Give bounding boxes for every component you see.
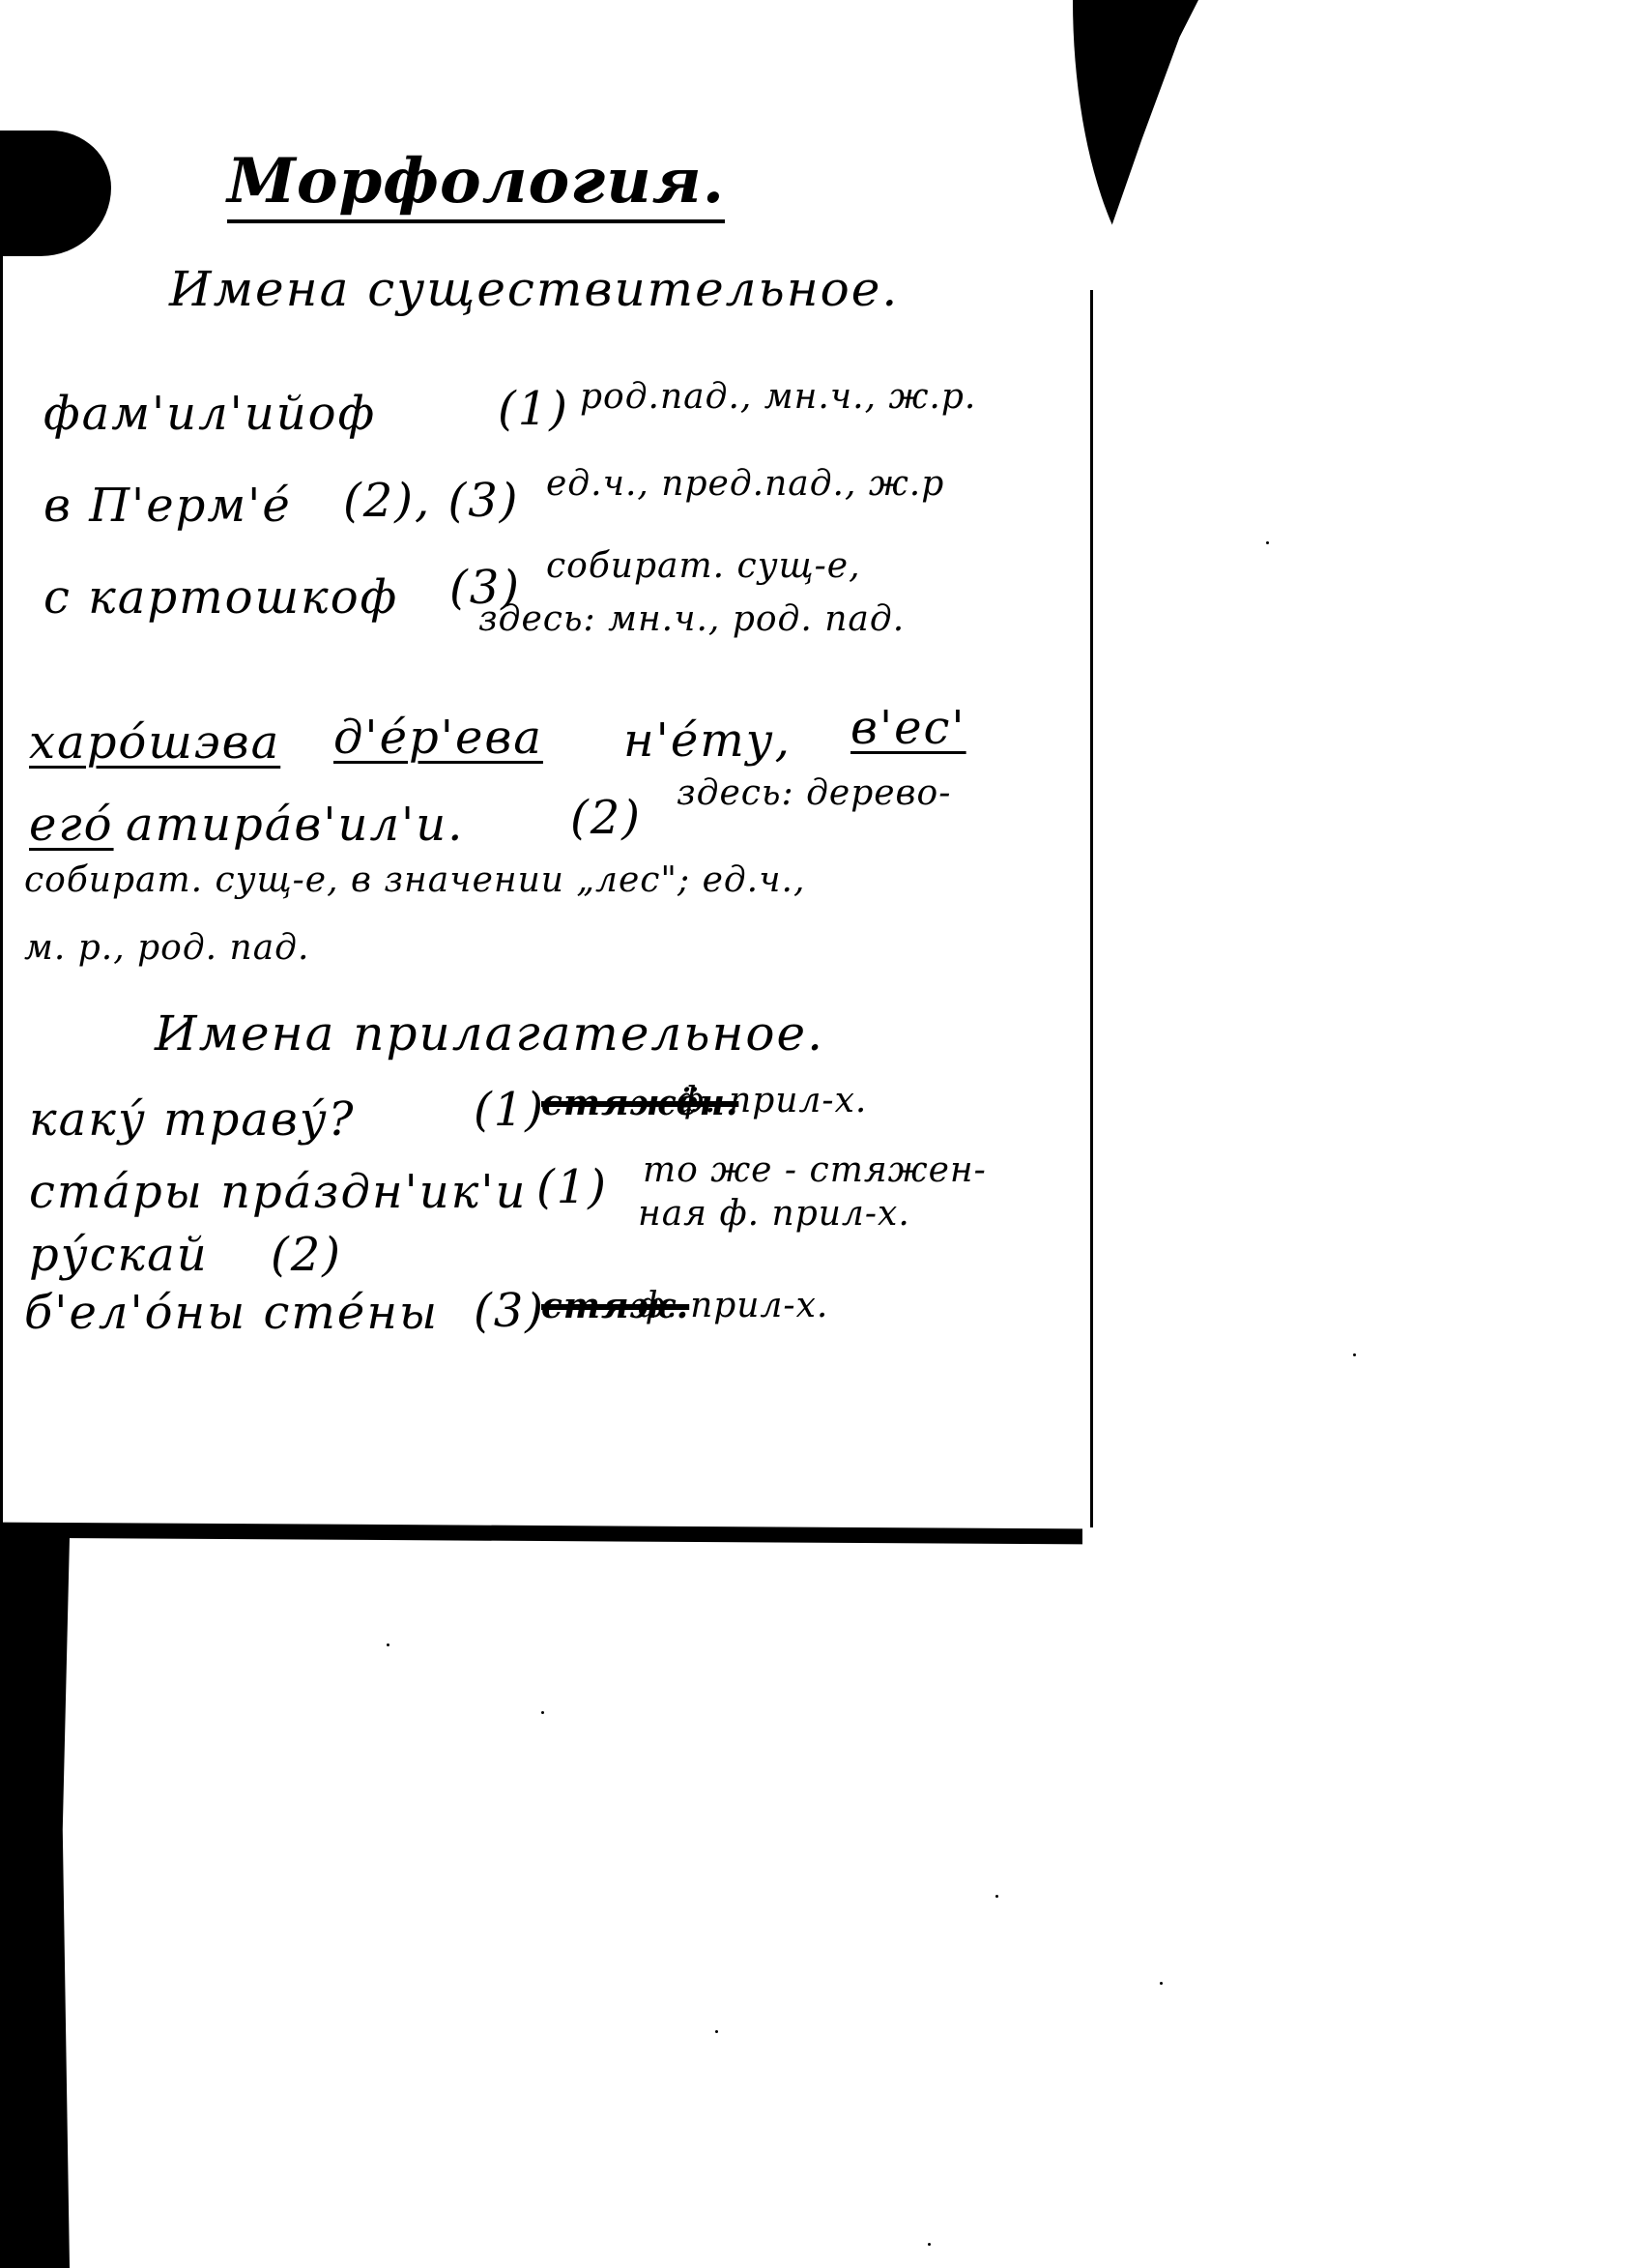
entry-note: род.пад., мн.ч., ж.р. (580, 377, 976, 417)
scan-blot (0, 1537, 70, 2268)
entry-word: каку́ траву́? (29, 1092, 355, 1147)
entry-note: то же - стяжен- (643, 1150, 987, 1190)
scan-blot (1073, 0, 1198, 309)
entry-word: ру́скай (29, 1228, 209, 1282)
scan-speck (541, 1711, 544, 1714)
entry-note: здесь: дерево- (677, 773, 951, 813)
entry-word: с картошкоф (43, 570, 398, 625)
page-edge (0, 1523, 1082, 1545)
entry-word: ста́ры пра́здн'ик'и (29, 1165, 527, 1219)
entry-note: ед.ч., пред.пад., ж.р (546, 464, 944, 504)
sentence-word: его́ (29, 798, 114, 852)
entry-ref: (1) (536, 1160, 608, 1214)
page-edge (0, 256, 3, 1532)
scan-speck (387, 1643, 389, 1646)
entry-note-cont: здесь: мн.ч., род. пад. (478, 599, 905, 639)
page-title: Морфология. (227, 145, 725, 223)
entry-word: в П'ерм'е́ (43, 479, 292, 533)
page-edge (1090, 290, 1093, 1527)
scan-blot (0, 131, 111, 256)
entry-ref: (1) (474, 1083, 545, 1137)
sentence-word: н'е́ту, (623, 713, 792, 768)
entry-ref: (2) (570, 791, 642, 845)
entry-note: ф. прил-х. (638, 1286, 828, 1325)
section-heading: Имена существительное. (169, 261, 899, 317)
sentence-word: харо́шэва (29, 715, 280, 770)
entry-note-cont: ная ф. прил-х. (638, 1194, 910, 1234)
entry-ref: (3) (474, 1284, 545, 1338)
scan-speck (715, 2030, 718, 2033)
scan-speck (1160, 1982, 1163, 1985)
section-heading: Имена прилагательное. (155, 1005, 824, 1061)
entry-word: фам'ил'ийоф (43, 387, 376, 441)
entry-ref: (2) (271, 1228, 342, 1282)
sentence-word: в'ес' (850, 701, 966, 755)
scan-speck (928, 2243, 931, 2246)
entry-note: собират. сущ-е, в значении „лес"; ед.ч., (24, 860, 805, 900)
entry-ref: (2), (3) (343, 474, 520, 528)
entry-ref: (1) (498, 382, 569, 436)
entry-note: ф. прил-х. (677, 1081, 867, 1120)
entry-word: б'ел'о́ны сте́ны (24, 1286, 439, 1340)
entry-note: собират. сущ-е, (546, 546, 861, 586)
sentence-word: атира́в'ил'и. (126, 798, 464, 852)
sentence-word: д'е́р'ева (333, 711, 543, 765)
scan-speck (1266, 541, 1269, 544)
scan-speck (1353, 1353, 1356, 1356)
entry-note: м. р., род. пад. (24, 928, 309, 968)
scan-speck (995, 1895, 998, 1898)
